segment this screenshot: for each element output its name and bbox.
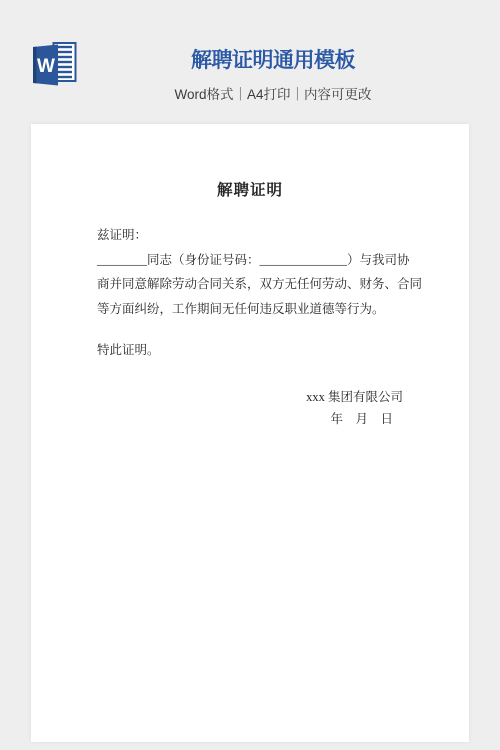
header-text: 解聘证明通用模板 Word格式｜A4打印｜内容可更改 — [174, 44, 371, 103]
document-page: 解聘证明 兹证明： ________同志（身份证号码：_____________… — [31, 124, 469, 742]
word-icon: W — [32, 40, 78, 86]
document-title: 解聘证明 — [31, 178, 469, 200]
word-icon-letter: W — [37, 56, 55, 77]
closing-line: 特此证明。 — [97, 338, 407, 363]
word-icon-stripes — [57, 47, 72, 77]
signature-block: xxx 集团有限公司 年 月 日 — [306, 386, 403, 430]
salutation-line: 兹证明： — [97, 223, 407, 248]
body-line-4: 等方面纠纷，工作期间无任何违反职业道德等行为。 — [97, 297, 407, 322]
body-line-3: 商并同意解除劳动合同关系，双方无任何劳动、财务、合同 — [97, 272, 407, 297]
template-preview-canvas: W 解聘证明通用模板 Word格式｜A4打印｜内容可更改 解聘证明 兹证明： _… — [0, 0, 500, 750]
document-body: 兹证明： ________同志（身份证号码：______________）与我司… — [97, 223, 407, 363]
template-subtitle: Word格式｜A4打印｜内容可更改 — [174, 83, 371, 103]
word-icon-fold — [33, 47, 37, 84]
company-name: xxx 集团有限公司 — [306, 386, 403, 408]
template-title: 解聘证明通用模板 — [174, 44, 371, 74]
date-line: 年 月 日 — [306, 408, 403, 430]
body-line-2: ________同志（身份证号码：______________）与我司协 — [97, 248, 407, 273]
